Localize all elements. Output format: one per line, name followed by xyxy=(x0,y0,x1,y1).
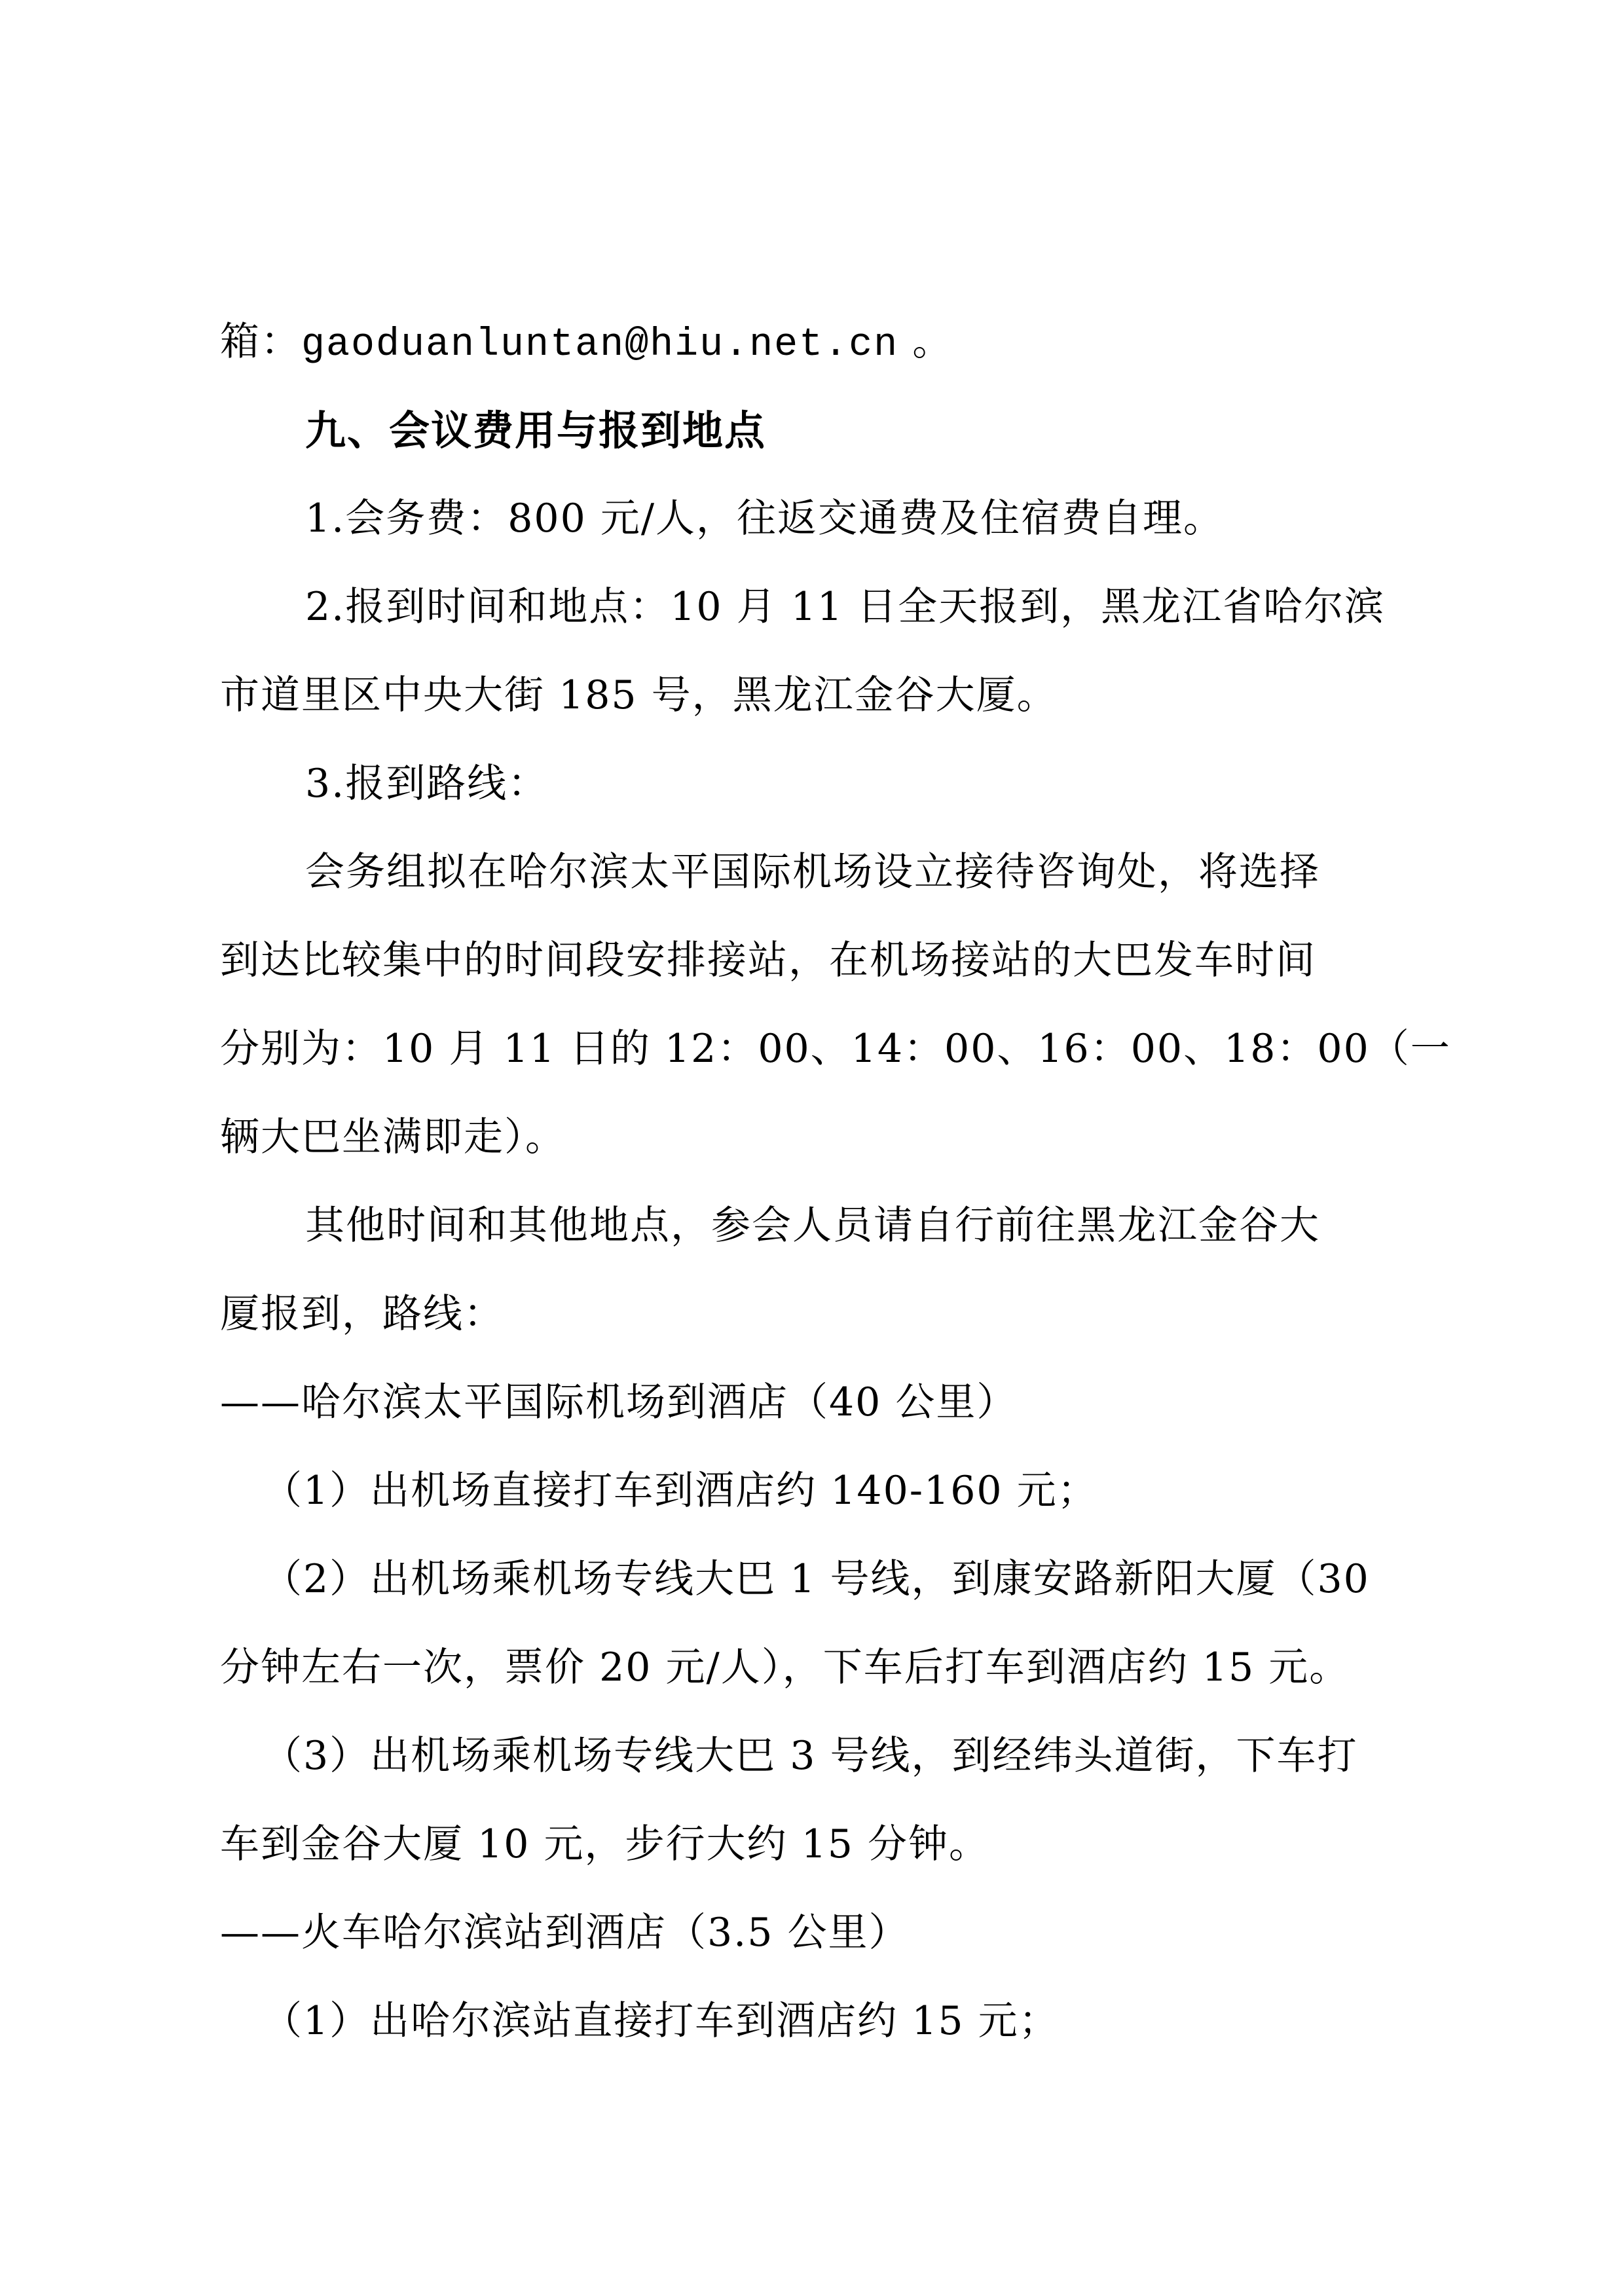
other-para-line1: 其他时间和其他地点，参会人员请自行前往黑龙江金谷大 xyxy=(220,1182,1412,1270)
pickup-para-line2: 到达比较集中的时间段安排接站，在机场接站的大巴发车时间 xyxy=(220,917,1412,1005)
airport-option-3-line1: （3）出机场乘机场专线大巴 3 号线，到经纬头道街，下车打 xyxy=(220,1712,1412,1800)
email-suffix: 。 xyxy=(898,319,953,365)
checkin-item-line1: 2.报到时间和地点：10 月 11 日全天报到，黑龙江省哈尔滨 xyxy=(220,563,1412,651)
airport-option-2-line2: 分钟左右一次，票价 20 元/人），下车后打车到酒店约 15 元。 xyxy=(220,1624,1412,1712)
route-item: 3.报到路线： xyxy=(220,740,1412,828)
email-prefix: 箱： xyxy=(220,319,301,365)
other-para-line2: 厦报到，路线： xyxy=(220,1270,1412,1358)
pickup-para-line1: 会务组拟在哈尔滨太平国际机场设立接待咨询处，将选择 xyxy=(220,828,1412,917)
train-option-1: （1）出哈尔滨站直接打车到酒店约 15 元； xyxy=(220,1977,1412,2066)
checkin-item-line2: 市道里区中央大街 185 号，黑龙江金谷大厦。 xyxy=(220,651,1412,740)
airport-option-3-line2: 车到金谷大厦 10 元，步行大约 15 分钟。 xyxy=(220,1800,1412,1889)
pickup-para-line4: 辆大巴坐满即走）。 xyxy=(220,1093,1412,1182)
airport-option-1: （1）出机场直接打车到酒店约 140-160 元； xyxy=(220,1447,1412,1535)
section-heading: 九、会议费用与报到地点 xyxy=(220,386,1412,475)
airport-route-heading: ——哈尔滨太平国际机场到酒店（40 公里） xyxy=(220,1358,1412,1447)
fee-item: 1.会务费：800 元/人，往返交通费及住宿费自理。 xyxy=(220,475,1412,563)
pickup-para-line3: 分别为：10 月 11 日的 12：00、14：00、16：00、18：00（一 xyxy=(220,1005,1412,1093)
airport-option-2-line1: （2）出机场乘机场专线大巴 1 号线，到康安路新阳大厦（30 xyxy=(220,1535,1412,1624)
document-page: 箱：gaoduanluntan@hiu.net.cn 。 九、会议费用与报到地点… xyxy=(220,298,1412,2066)
email-line: 箱：gaoduanluntan@hiu.net.cn 。 xyxy=(220,298,1412,386)
email-link[interactable]: gaoduanluntan@hiu.net.cn xyxy=(301,323,898,367)
train-route-heading: ——火车哈尔滨站到酒店（3.5 公里） xyxy=(220,1889,1412,1977)
